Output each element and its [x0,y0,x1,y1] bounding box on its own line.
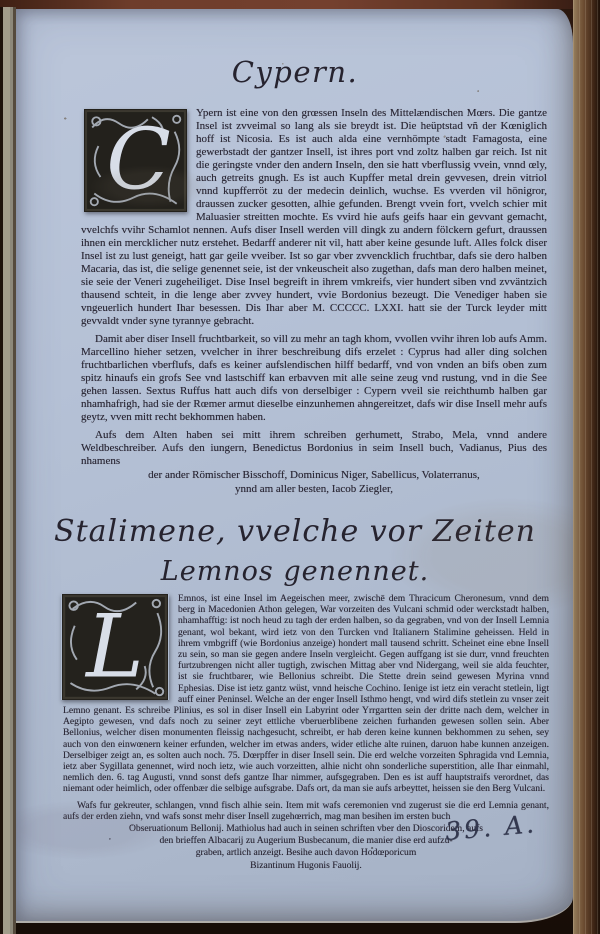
drop-cap-ornament-icon: C [84,109,187,212]
book-scan: Cypern. [0,0,600,934]
paragraph: L Emnos, ist eine Insel im Aegeischen me… [63,593,549,795]
centered-line: ynnd am aller besten, Iacob Ziegler, [81,483,547,496]
drop-cap-ornament-icon: L [61,594,169,700]
binding-edge [0,7,16,934]
section-cypern: C Ypern ist eine von den grœssen Inseln … [81,107,547,496]
centered-line: Bizantinum Hugonis Fauolij. [63,860,549,871]
paragraph: C Ypern ist eine von den grœssen Inseln … [81,107,547,328]
section-title: Stalimene, vvelche vor Zeiten Lemnos gen… [45,515,545,589]
page-stack-edge [573,0,600,934]
book-page: Cypern. [15,9,573,923]
section-title-line2: Lemnos genennet. [45,555,545,589]
drop-cap-letter: C [106,110,171,208]
section-title-line1: Stalimene, vvelche vor Zeiten [54,514,536,549]
paragraph: Aufs dem Alten haben sei mitt ihrem schr… [81,429,547,468]
page-title: Cypern. [55,55,535,89]
centered-line: der ander Römischer Bisschoff, Dominicus… [81,469,547,482]
centered-line: graben, artlich anzeigt. Besihe auch dav… [63,847,549,858]
drop-cap-letter: L [84,597,144,698]
paragraph: Damit aber diser Insell fruchtbarkeit, s… [81,333,547,424]
photo-border-top [0,0,600,9]
